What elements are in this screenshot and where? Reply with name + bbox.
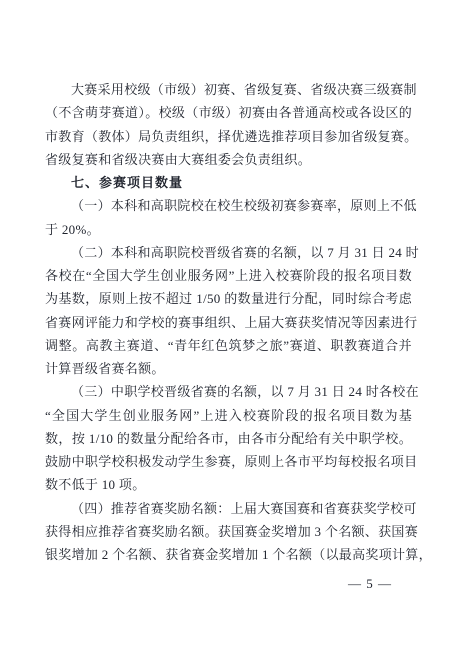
document-page: 大赛采用校级（市级）初赛、省级复赛、省级决赛三级赛制（不含萌芽赛道）。校级（市级… <box>0 0 455 647</box>
text-line: 于 20%。 <box>45 218 412 241</box>
text-line: “全国大学生创业服务网”上进入校赛阶段的报名项目数为基 <box>45 404 412 427</box>
text-line: 省级复赛和省级决赛由大赛组委会负责组织。 <box>45 148 412 171</box>
text-line: （二）本科和高职院校晋级省赛的名额，以 7 月 31 日 24 时 <box>45 241 412 264</box>
text-line: 数不低于 10 项。 <box>45 473 412 496</box>
text-line: 鼓励中职学校积极发动学生参赛，原则上各市平均每校报名项目 <box>45 450 412 473</box>
text-line: 省赛网评能力和学校的赛事组织、上届大赛获奖情况等因素进行 <box>45 311 412 334</box>
document-body: 大赛采用校级（市级）初赛、省级复赛、省级决赛三级赛制（不含萌芽赛道）。校级（市级… <box>45 78 412 566</box>
paragraph: 大赛采用校级（市级）初赛、省级复赛、省级决赛三级赛制（不含萌芽赛道）。校级（市级… <box>45 78 412 171</box>
text-line: （一）本科和高职院校在校生校级初赛参赛率，原则上不低 <box>45 194 412 217</box>
text-line: 为基数，原则上按不超过 1/50 的数量进行分配，同时综合考虑 <box>45 287 412 310</box>
text-line: （三）中职学校晋级省赛的名额，以 7 月 31 日 24 时各校在 <box>45 380 412 403</box>
text-line: 获得相应推荐省赛奖励名额。获国赛金奖增加 3 个名额、获国赛 <box>45 520 412 543</box>
text-line: 七、参赛项目数量 <box>45 171 412 194</box>
text-line: 计算晋级省赛名额。 <box>45 357 412 380</box>
paragraph: （三）中职学校晋级省赛的名额，以 7 月 31 日 24 时各校在“全国大学生创… <box>45 380 412 496</box>
section-heading: 七、参赛项目数量 <box>45 171 412 194</box>
paragraph: （四）推荐省赛奖励名额：上届大赛国赛和省赛获奖学校可获得相应推荐省赛奖励名额。获… <box>45 497 412 567</box>
text-line: 大赛采用校级（市级）初赛、省级复赛、省级决赛三级赛制 <box>45 78 412 101</box>
text-line: （不含萌芽赛道）。校级（市级）初赛由各普通高校或各设区的 <box>45 101 412 124</box>
paragraph: （二）本科和高职院校晋级省赛的名额，以 7 月 31 日 24 时各校在“全国大… <box>45 241 412 381</box>
text-line: 调整。高教主赛道、“青年红色筑梦之旅”赛道、职教赛道合并 <box>45 334 412 357</box>
paragraph: （一）本科和高职院校在校生校级初赛参赛率，原则上不低于 20%。 <box>45 194 412 241</box>
text-line: 市教育（教体）局负责组织，择优遴选推荐项目参加省级复赛。 <box>45 125 412 148</box>
text-line: 各校在“全国大学生创业服务网”上进入校赛阶段的报名项目数 <box>45 264 412 287</box>
page-number: — 5 — <box>338 575 402 593</box>
text-line: 银奖增加 2 个名额、获省赛金奖增加 1 个名额（以最高奖项计算， <box>45 543 412 566</box>
text-line: （四）推荐省赛奖励名额：上届大赛国赛和省赛获奖学校可 <box>45 497 412 520</box>
text-line: 数，按 1/10 的数量分配给各市，由各市分配给有关中职学校。 <box>45 427 412 450</box>
